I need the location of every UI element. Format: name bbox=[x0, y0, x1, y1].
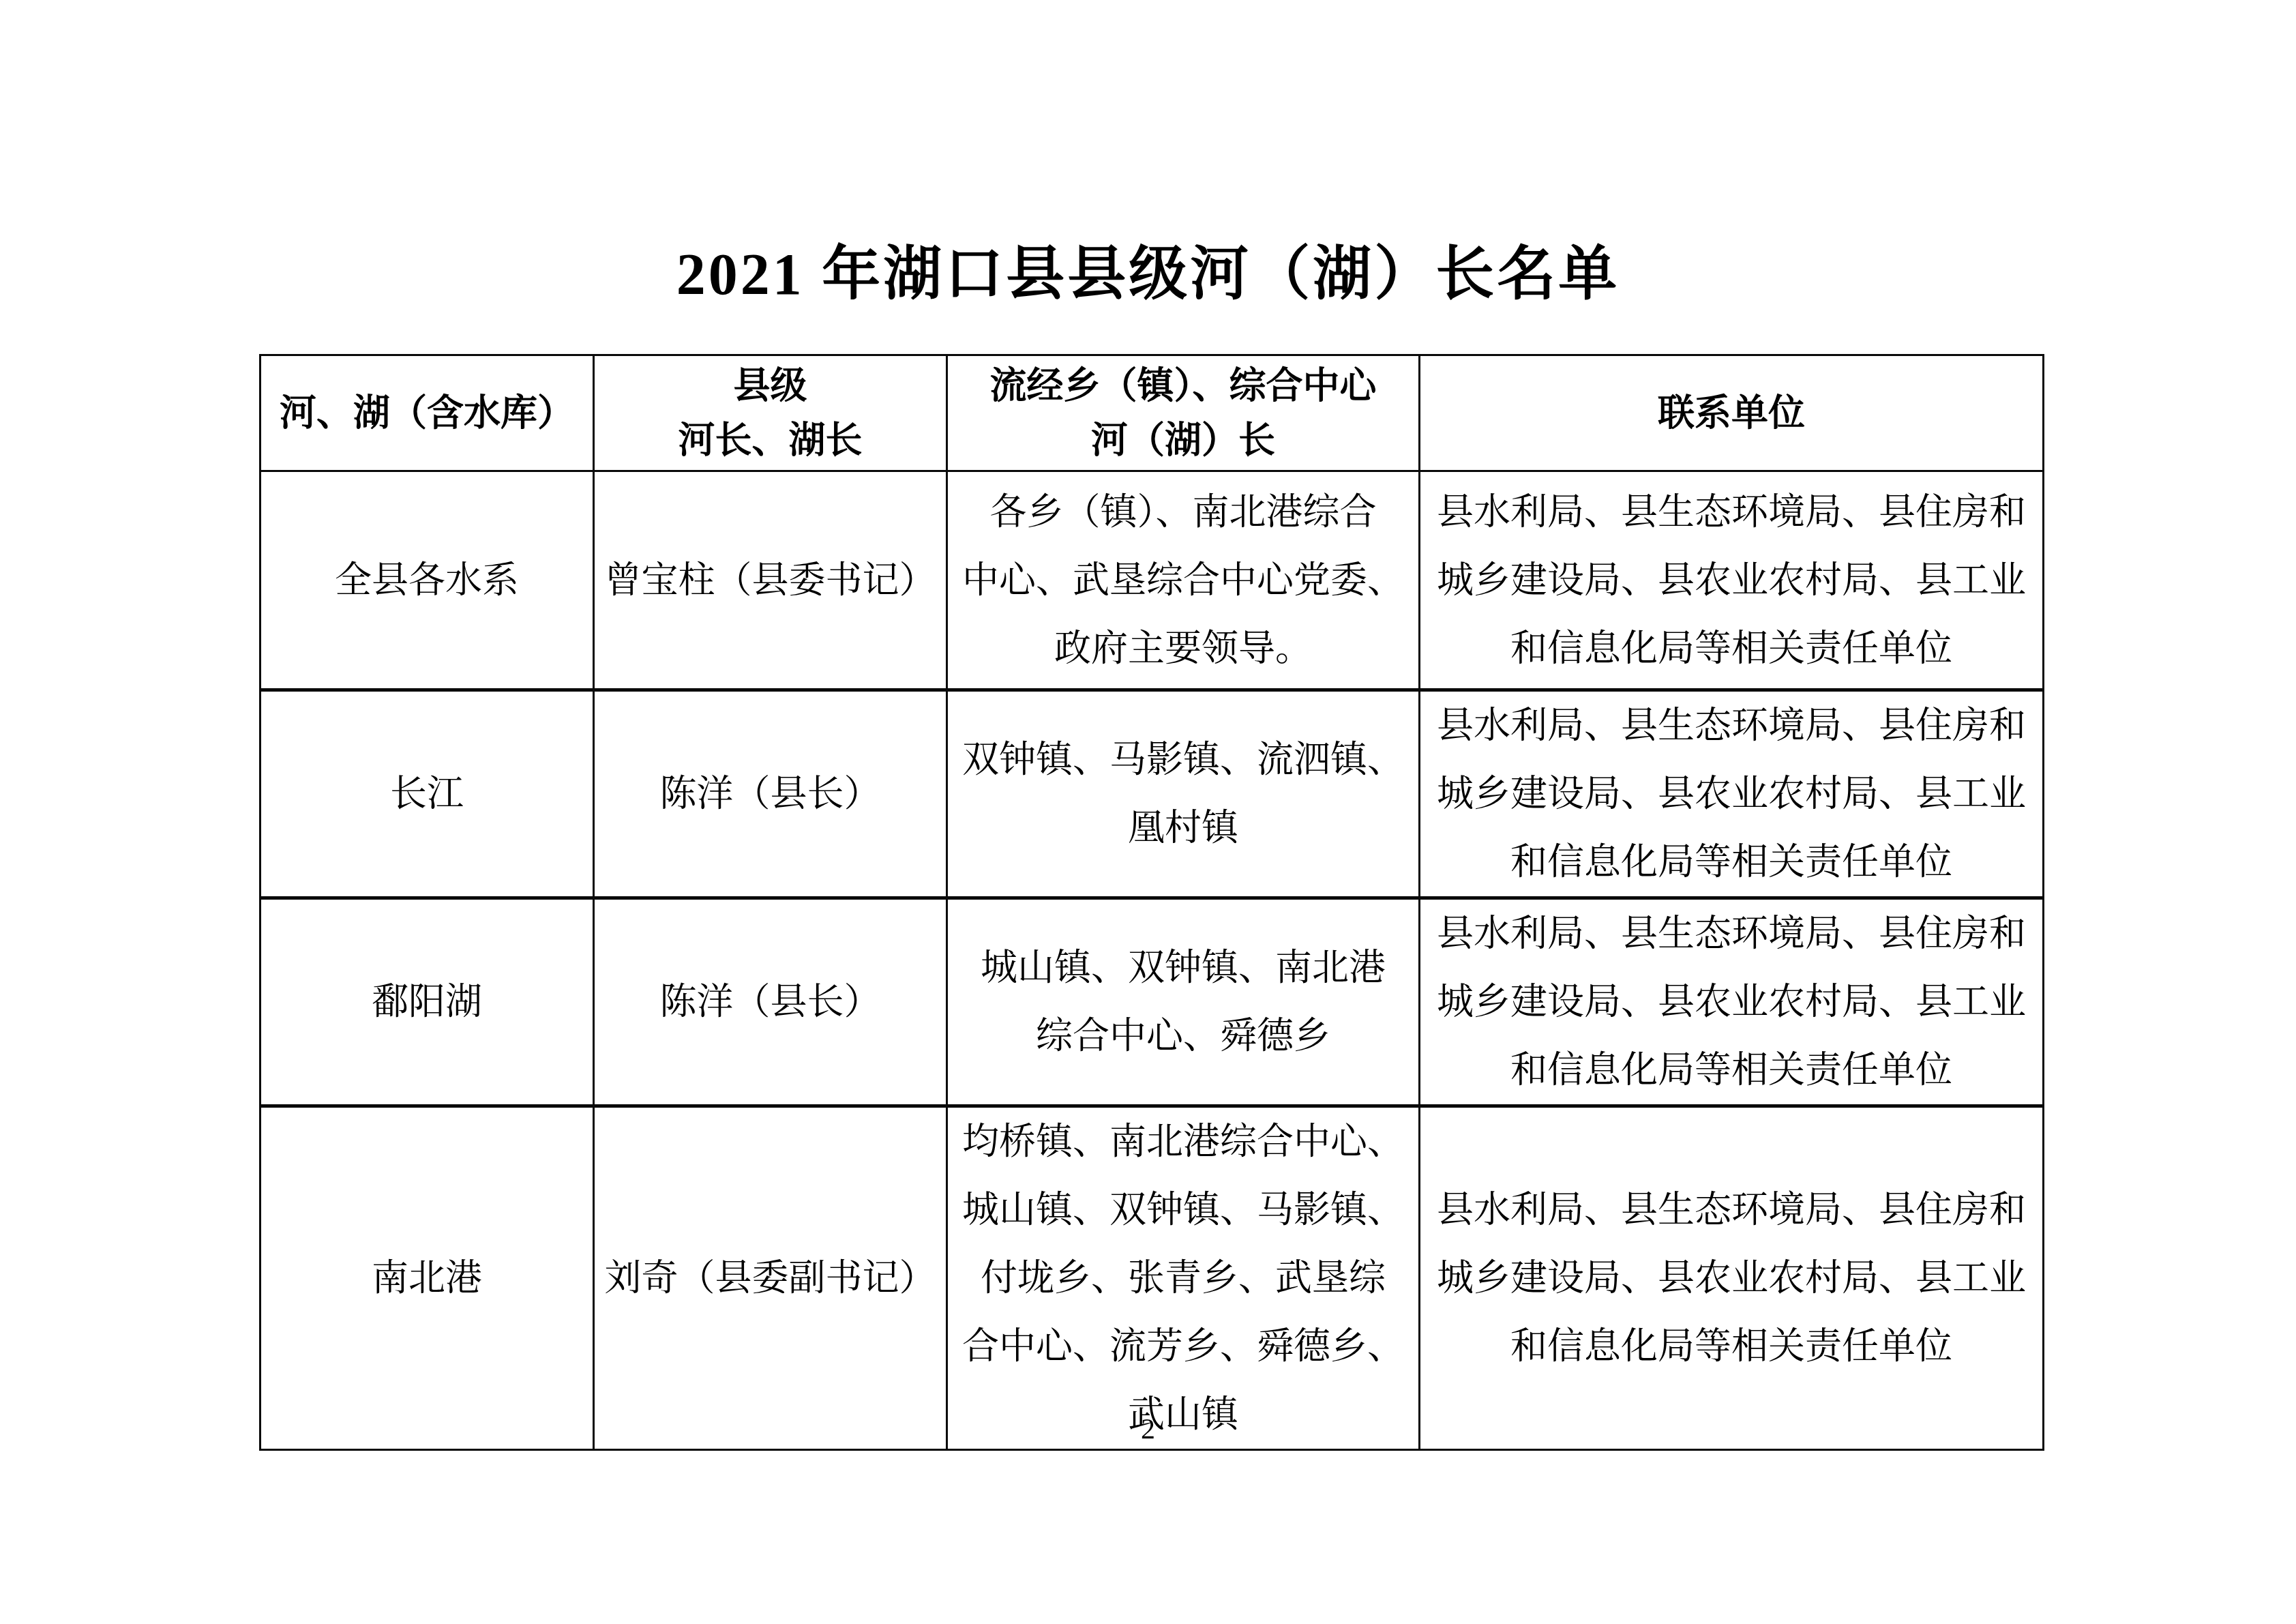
cell-river-lake: 鄱阳湖 bbox=[260, 898, 594, 1106]
table-row: 长江 陈洋（县长） 双钟镇、马影镇、流泗镇、 凰村镇 县水利局、县生态环境局、县… bbox=[260, 690, 2044, 898]
cell-contact-units: 县水利局、县生态环境局、县住房和 城乡建设局、县农业农村局、县工业 和信息化局等… bbox=[1420, 1106, 2044, 1450]
cell-contact-units: 县水利局、县生态环境局、县住房和 城乡建设局、县农业农村局、县工业 和信息化局等… bbox=[1420, 898, 2044, 1106]
header-township-chiefs: 流经乡（镇）、综合中心 河（湖）长 bbox=[947, 355, 1420, 471]
cell-contact-units: 县水利局、县生态环境局、县住房和 城乡建设局、县农业农村局、县工业 和信息化局等… bbox=[1420, 690, 2044, 898]
header-river-lake: 河、湖（含水库） bbox=[260, 355, 594, 471]
cell-county-chief: 曾宝柱（县委书记） bbox=[594, 471, 947, 690]
header-contact-units: 联系单位 bbox=[1420, 355, 2044, 471]
header-county-chief: 县级 河长、湖长 bbox=[594, 355, 947, 471]
table-row: 南北港 刘奇（县委副书记） 均桥镇、南北港综合中心、 城山镇、双钟镇、马影镇、 … bbox=[260, 1106, 2044, 1450]
table-header-row: 河、湖（含水库） 县级 河长、湖长 流经乡（镇）、综合中心 河（湖）长 联系单位 bbox=[260, 355, 2044, 471]
cell-township-chiefs: 双钟镇、马影镇、流泗镇、 凰村镇 bbox=[947, 690, 1420, 898]
page-title: 2021 年湖口县县级河（湖）长名单 bbox=[0, 226, 2296, 311]
cell-county-chief: 刘奇（县委副书记） bbox=[594, 1106, 947, 1450]
river-chiefs-table: 河、湖（含水库） 县级 河长、湖长 流经乡（镇）、综合中心 河（湖）长 联系单位… bbox=[259, 354, 2044, 1451]
cell-township-chiefs: 均桥镇、南北港综合中心、 城山镇、双钟镇、马影镇、 付垅乡、张青乡、武垦综 合中… bbox=[947, 1106, 1420, 1450]
table-row: 全县各水系 曾宝柱（县委书记） 各乡（镇）、南北港综合 中心、武垦综合中心党委、… bbox=[260, 471, 2044, 690]
cell-river-lake: 南北港 bbox=[260, 1106, 594, 1450]
cell-county-chief: 陈洋（县长） bbox=[594, 898, 947, 1106]
page-number: 2 bbox=[0, 1413, 2296, 1446]
cell-river-lake: 长江 bbox=[260, 690, 594, 898]
table-row: 鄱阳湖 陈洋（县长） 城山镇、双钟镇、南北港 综合中心、舜德乡 县水利局、县生态… bbox=[260, 898, 2044, 1106]
document-page: 2021 年湖口县县级河（湖）长名单 河、湖（含水库） 县级 河长、湖长 流经乡… bbox=[0, 0, 2296, 1624]
cell-township-chiefs: 各乡（镇）、南北港综合 中心、武垦综合中心党委、 政府主要领导。 bbox=[947, 471, 1420, 690]
cell-contact-units: 县水利局、县生态环境局、县住房和 城乡建设局、县农业农村局、县工业 和信息化局等… bbox=[1420, 471, 2044, 690]
cell-county-chief: 陈洋（县长） bbox=[594, 690, 947, 898]
cell-river-lake: 全县各水系 bbox=[260, 471, 594, 690]
cell-township-chiefs: 城山镇、双钟镇、南北港 综合中心、舜德乡 bbox=[947, 898, 1420, 1106]
